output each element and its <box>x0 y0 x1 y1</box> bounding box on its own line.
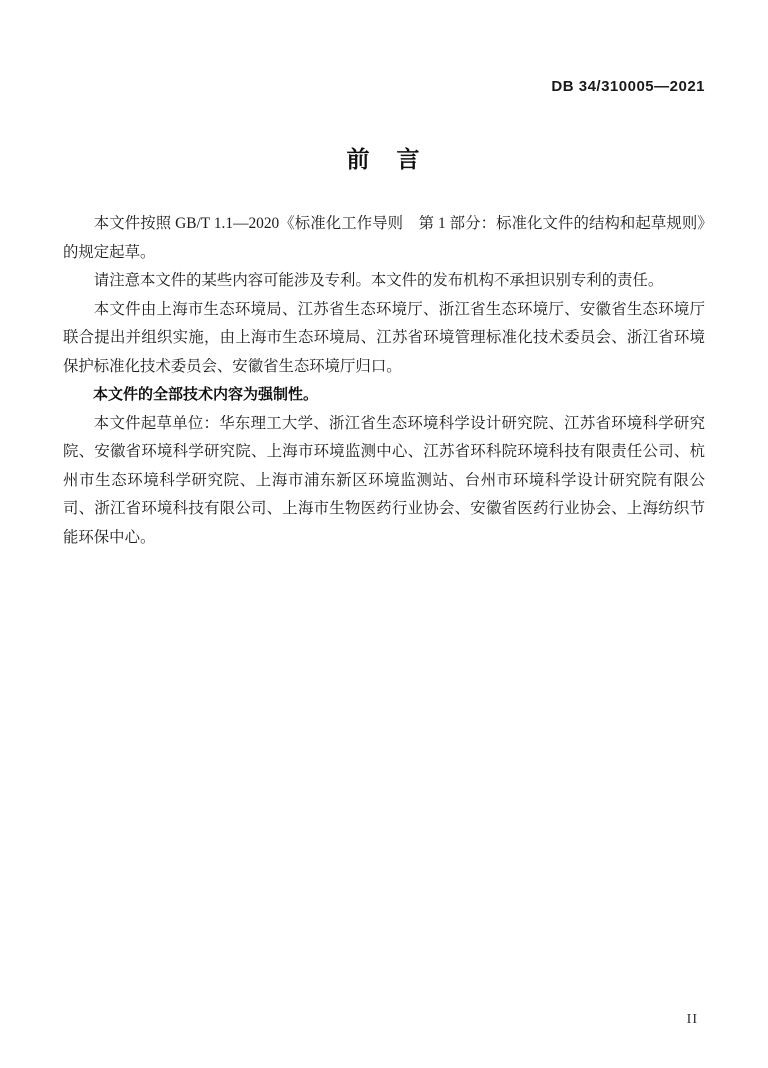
page-title: 前 言 <box>63 141 705 174</box>
page-number: II <box>687 1012 698 1028</box>
paragraph-mandatory-note: 本文件的全部技术内容为强制性。 <box>63 381 705 410</box>
foreword-body: 本文件按照 GB/T 1.1—2020《标准化工作导则 第 1 部分：标准化文件… <box>63 210 705 552</box>
standard-code: DB 34/310005—2021 <box>63 78 705 95</box>
paragraph: 请注意本文件的某些内容可能涉及专利。本文件的发布机构不承担识别专利的责任。 <box>63 267 705 296</box>
paragraph: 本文件由上海市生态环境局、江苏省生态环境厅、浙江省生态环境厅、安徽省生态环境厅联… <box>63 296 705 382</box>
paragraph: 本文件起草单位：华东理工大学、浙江省生态环境科学设计研究院、江苏省环境科学研究院… <box>63 410 705 553</box>
document-page: DB 34/310005—2021 前 言 本文件按照 GB/T 1.1—202… <box>0 0 768 1068</box>
paragraph: 本文件按照 GB/T 1.1—2020《标准化工作导则 第 1 部分：标准化文件… <box>63 210 705 267</box>
